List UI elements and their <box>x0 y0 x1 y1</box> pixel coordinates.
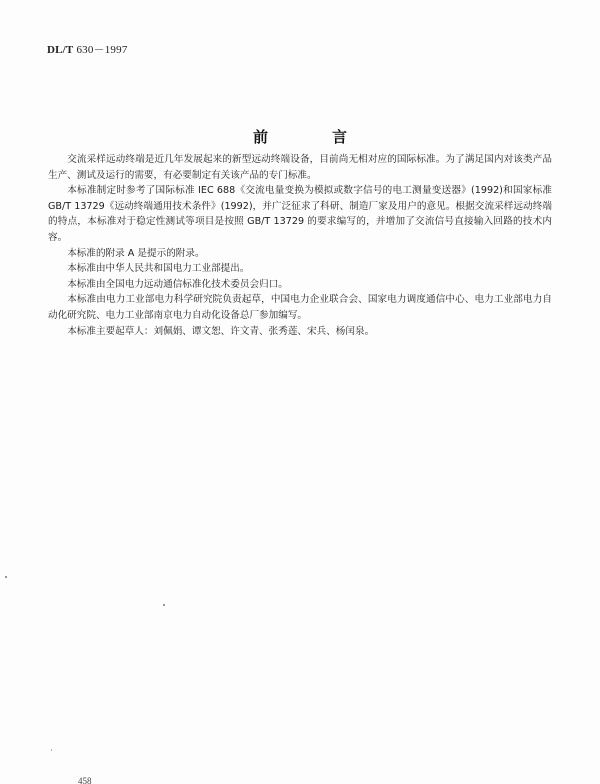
title-char-1: 前 <box>253 126 268 147</box>
document-page: DL/T 630－1997 前言 交流采样远动终端是近几年发展起来的新型远动终端… <box>0 0 600 784</box>
paragraph-appendix: 本标准的附录 A 是提示的附录。 <box>48 246 552 262</box>
standard-code: 630－1997 <box>76 44 127 56</box>
standard-prefix: DL/T <box>47 44 73 56</box>
standard-number-header: DL/T 630－1997 <box>47 41 128 57</box>
paragraph-intro: 交流采样远动终端是近几年发展起来的新型远动终端设备，目前尚无相对应的国际标准。为… <box>48 152 552 183</box>
paragraph-proposer: 本标准由中华人民共和国电力工业部提出。 <box>48 261 552 277</box>
scan-artifact <box>163 604 165 606</box>
paragraph-responsible-committee: 本标准由全国电力远动通信标准化技术委员会归口。 <box>48 277 552 293</box>
title-char-2: 言 <box>332 126 347 147</box>
paragraph-references: 本标准制定时参考了国际标准 IEC 688《交流电量变换为模拟或数字信号的电工测… <box>48 183 552 245</box>
page-title: 前言 <box>0 126 600 147</box>
scan-artifact <box>5 576 7 578</box>
scan-artifact <box>51 749 52 751</box>
paragraph-drafting-organizations: 本标准由电力工业部电力科学研究院负责起草，中国电力企业联合会、国家电力调度通信中… <box>48 292 552 323</box>
paragraph-main-drafters: 本标准主要起草人：刘佩娟、谭文恕、许文青、张秀莲、宋兵、杨闰泉。 <box>48 324 552 340</box>
foreword-body: 交流采样远动终端是近几年发展起来的新型远动终端设备，目前尚无相对应的国际标准。为… <box>48 152 552 339</box>
page-number: 458 <box>78 776 92 784</box>
